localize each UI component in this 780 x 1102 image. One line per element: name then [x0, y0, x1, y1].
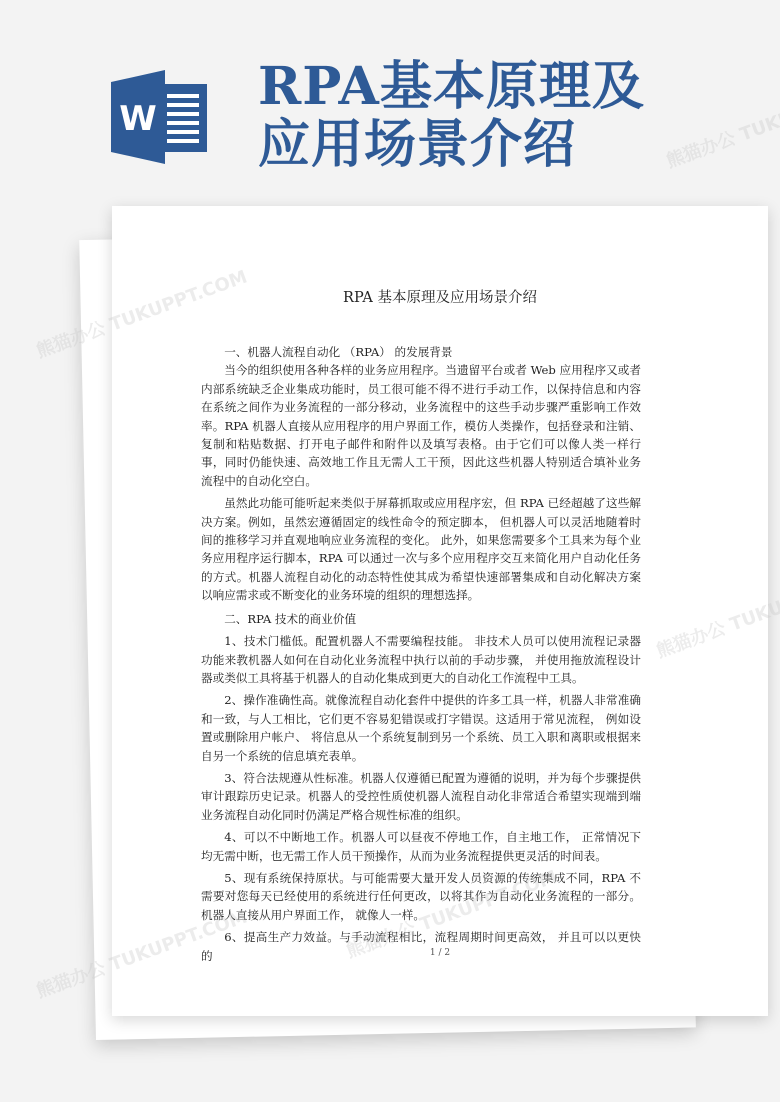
- paragraph: 6、提高生产力效益。与手动流程相比，流程周期时间更高效， 并且可以以更快的: [201, 928, 641, 965]
- paragraph: 虽然此功能可能听起来类似于屏幕抓取或应用程序宏，但 RPA 已经超越了这些解决方…: [201, 494, 641, 604]
- section-heading: 二、RPA 技术的商业价值: [201, 610, 641, 628]
- document-page: RPA 基本原理及应用场景介绍 一、机器人流程自动化 （RPA） 的发展背景 当…: [112, 206, 768, 1016]
- cover-title: RPA基本原理及 应用场景介绍: [258, 58, 645, 174]
- paragraph: 5、现有系统保持原状。与可能需要大量开发人员资源的传统集成不同，RPA 不需要对…: [201, 869, 641, 924]
- document-title: RPA 基本原理及应用场景介绍: [112, 286, 768, 307]
- paragraph: 当今的组织使用各种各样的业务应用程序。当遗留平台或者 Web 应用程序又或者内部…: [201, 361, 641, 490]
- paragraph: 3、符合法规遵从性标准。机器人仅遵循已配置为遵循的说明，并为每个步骤提供审计跟踪…: [201, 769, 641, 824]
- cover-title-line-2: 应用场景介绍: [258, 116, 645, 174]
- document-body: 一、机器人流程自动化 （RPA） 的发展背景 当今的组织使用各种各样的业务应用程…: [201, 338, 641, 965]
- cover-title-line-1: RPA基本原理及: [258, 58, 645, 116]
- page-number: 1 / 2: [112, 948, 768, 958]
- paragraph: 1、技术门槛低。配置机器人不需要编程技能。 非技术人员可以使用流程记录器功能来教…: [201, 632, 641, 687]
- paragraph: 2、操作准确性高。就像流程自动化套件中提供的许多工具一样，机器人非常准确和一致，…: [201, 691, 641, 765]
- section-heading: 一、机器人流程自动化 （RPA） 的发展背景: [201, 343, 641, 361]
- word-document-icon: W: [107, 68, 211, 164]
- paragraph: 4、可以不中断地工作。机器人可以昼夜不停地工作，自主地工作， 正常情况下均无需中…: [201, 828, 641, 865]
- svg-text:W: W: [119, 99, 157, 139]
- cover-header: W RPA基本原理及 应用场景介绍: [0, 0, 780, 200]
